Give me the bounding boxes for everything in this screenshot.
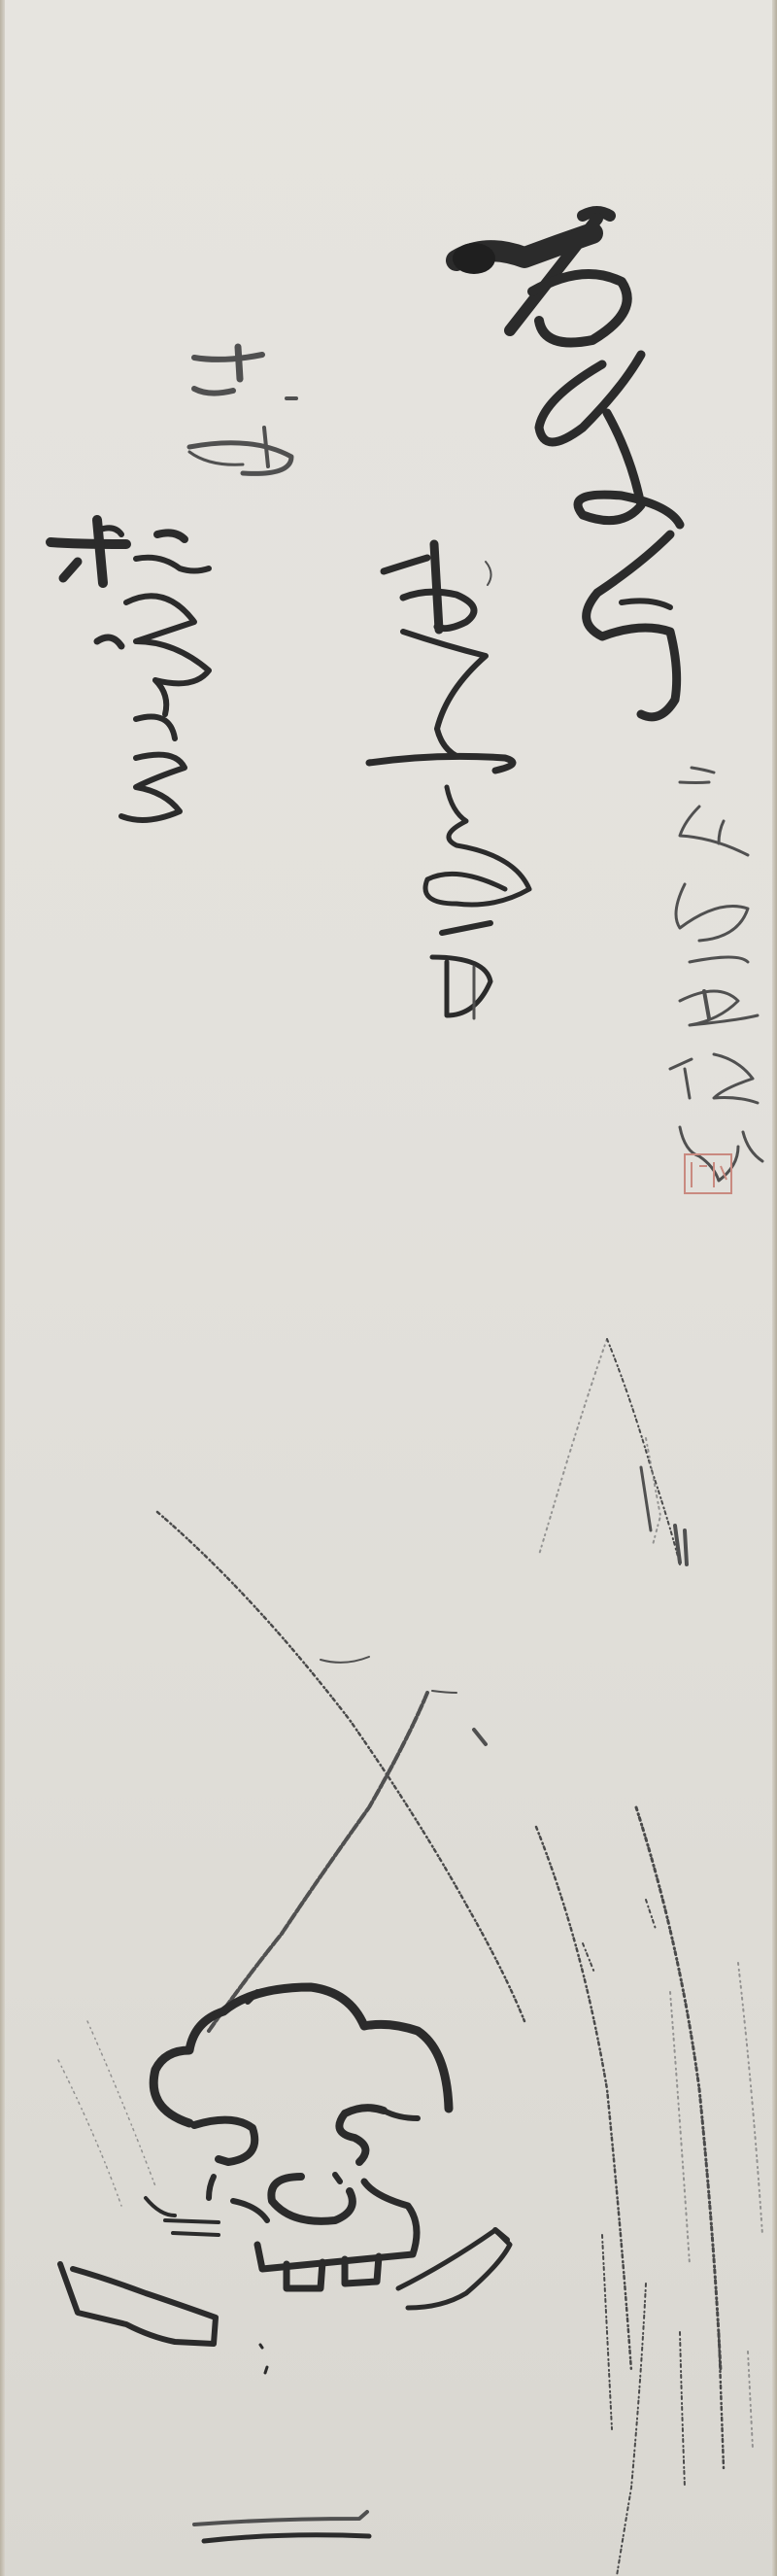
calligraphy-column-2 [369, 544, 529, 1018]
artist-signature [670, 768, 762, 1181]
calligraphy-column-1 [453, 212, 680, 717]
calligraphy-column-4 [51, 520, 209, 820]
ground-line [194, 2512, 369, 2541]
red-seal [685, 1154, 731, 1193]
hanging-scroll: Japanese hanging scroll (kakejiku) humor… [0, 0, 777, 2576]
crossing-grass-blades [157, 1512, 524, 2031]
right-grass-strokes [58, 1807, 762, 2576]
grass-tuft [539, 1339, 687, 1564]
calligraphy-column-3 [189, 347, 296, 473]
ink-figure [60, 1987, 510, 2373]
